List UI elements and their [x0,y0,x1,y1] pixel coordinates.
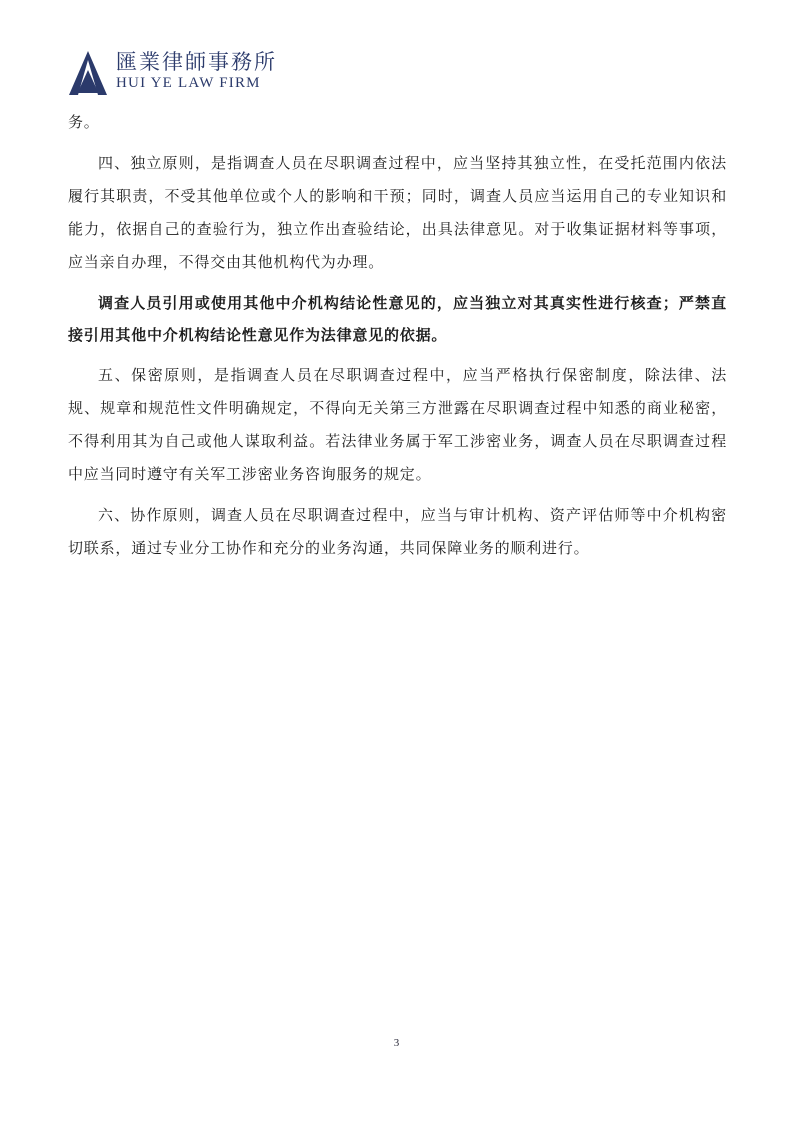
firm-name-chinese: 匯業律師事務所 [116,50,277,74]
firm-letterhead: 匯業律師事務所 HUI YE LAW FIRM [68,50,277,97]
paragraph-principle-independence: 四、独立原则，是指调查人员在尽职调查过程中，应当坚持其独立性，在受托范围内依法履… [68,147,727,279]
firm-name-block: 匯業律師事務所 HUI YE LAW FIRM [116,50,277,93]
law-firm-logo-icon [68,50,108,97]
page-number: 3 [394,1037,400,1049]
firm-name-english: HUI YE LAW FIRM [116,74,277,93]
paragraph-principle-collaboration: 六、协作原则，调查人员在尽职调查过程中，应当与审计机构、资产评估师等中介机构密切… [68,499,727,565]
paragraph-bold-verification-rule: 调查人员引用或使用其他中介机构结论性意见的，应当独立对其真实性进行核查；严禁直接… [68,287,727,351]
document-page: 匯業律師事務所 HUI YE LAW FIRM 务。 四、独立原则，是指调查人员… [0,0,793,1122]
document-body: 务。 四、独立原则，是指调查人员在尽职调查过程中，应当坚持其独立性，在受托范围内… [68,106,727,573]
paragraph-principle-confidentiality: 五、保密原则，是指调查人员在尽职调查过程中，应当严格执行保密制度，除法律、法规、… [68,359,727,491]
paragraph-continuation: 务。 [68,106,727,139]
page-footer: 3 [0,1031,793,1050]
